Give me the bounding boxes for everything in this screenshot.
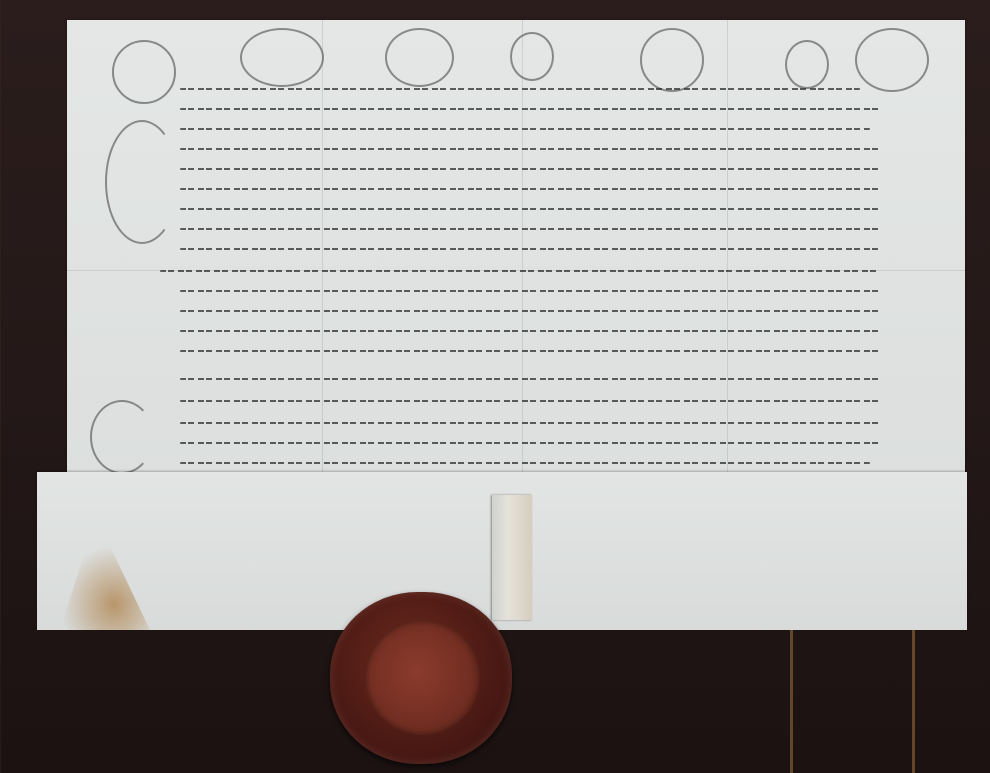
script-line xyxy=(180,208,880,210)
wax-seal-impression xyxy=(365,620,480,735)
script-line xyxy=(180,400,880,402)
calligraphic-flourish xyxy=(510,32,554,81)
seal-strap xyxy=(492,495,532,620)
script-line xyxy=(180,310,880,312)
calligraphic-flourish xyxy=(90,400,154,474)
script-line xyxy=(180,128,870,130)
script-line xyxy=(180,148,880,150)
calligraphic-flourish xyxy=(240,28,324,87)
script-line xyxy=(180,422,880,424)
calligraphic-flourish xyxy=(385,28,454,87)
script-line xyxy=(180,290,880,292)
script-line xyxy=(180,168,880,170)
handwritten-text-block xyxy=(150,88,890,418)
script-line xyxy=(160,270,880,272)
script-line xyxy=(180,442,880,444)
script-line xyxy=(180,108,880,110)
calligraphic-flourish xyxy=(855,28,929,92)
script-line xyxy=(180,88,860,90)
calligraphic-flourish xyxy=(785,40,829,89)
script-line xyxy=(180,330,880,332)
script-line xyxy=(180,350,880,352)
script-line xyxy=(180,462,870,464)
script-line xyxy=(180,248,880,250)
script-line xyxy=(180,378,880,380)
script-line xyxy=(180,188,880,190)
script-line xyxy=(180,228,880,230)
calligraphic-flourish xyxy=(640,28,704,92)
wood-grain xyxy=(912,630,915,773)
wood-grain xyxy=(790,630,793,773)
